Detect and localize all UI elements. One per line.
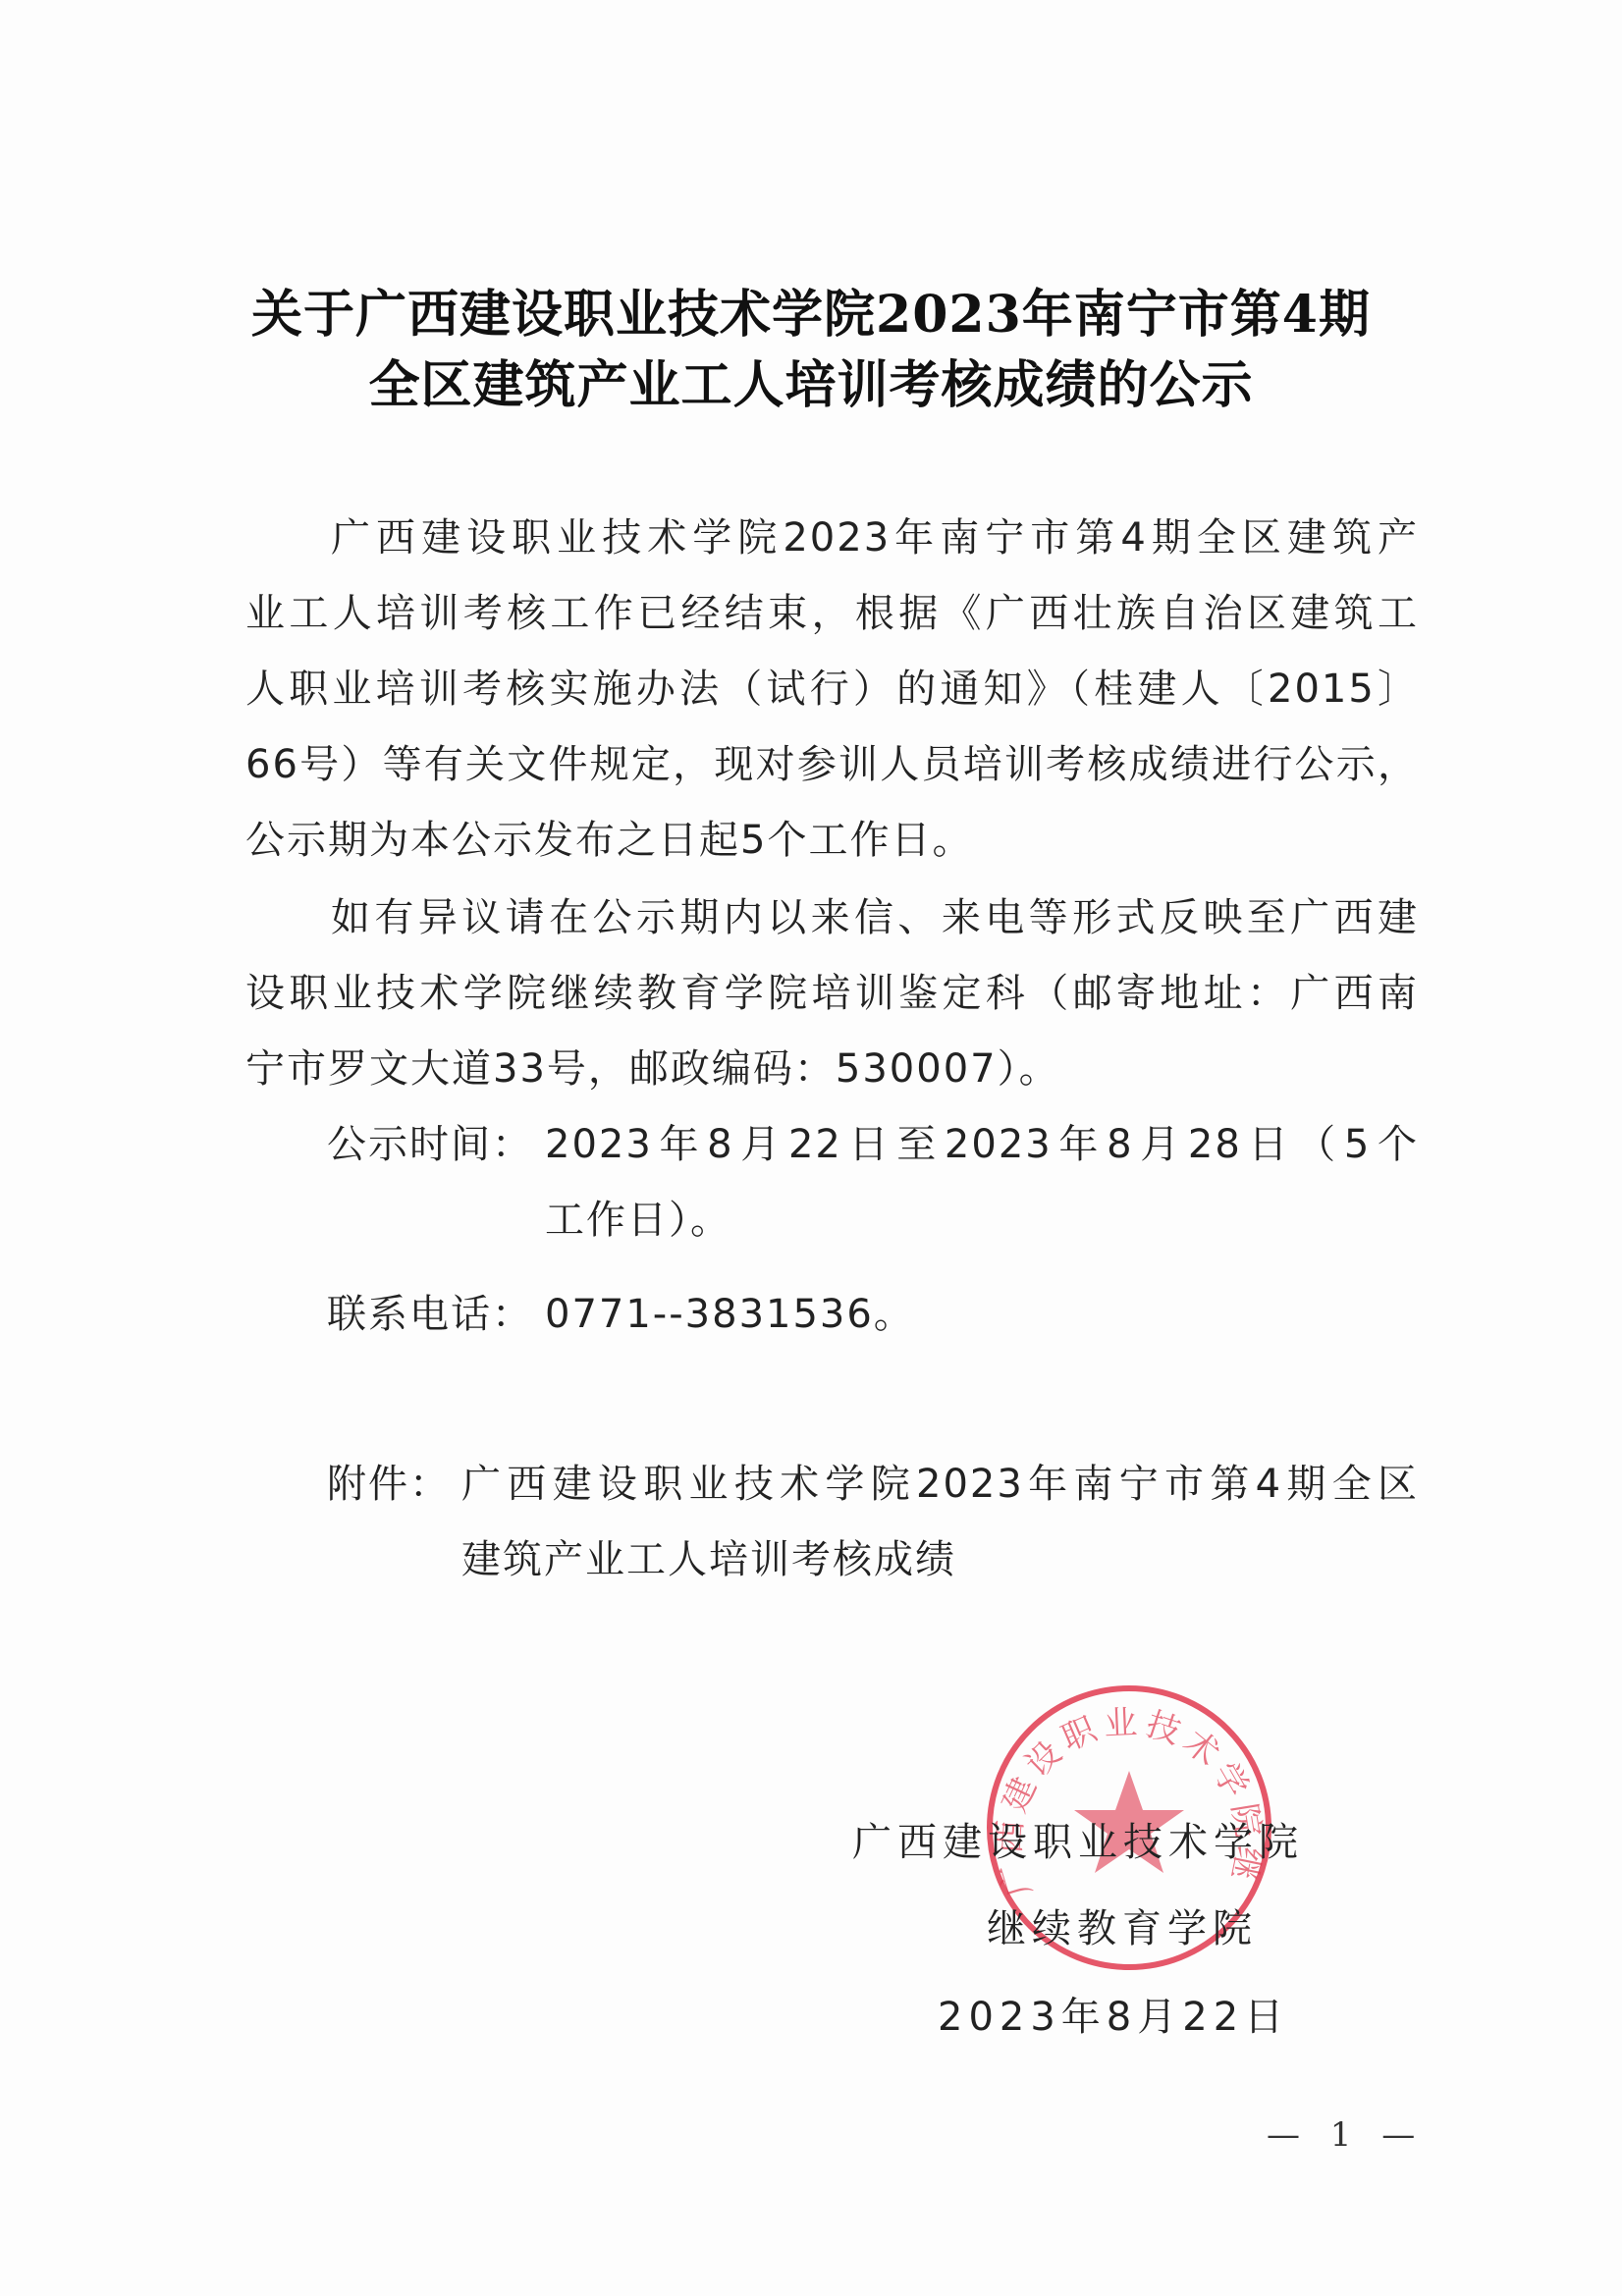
paragraph-line: 66号）等有关文件规定，现对参训人员培训考核成绩进行公示， xyxy=(245,740,1419,789)
attachment-title: 广西建设职业技术学院2023年南宁市第4期全区 xyxy=(461,1460,1419,1509)
paragraph-line: 人职业培训考核实施办法（试行）的通知》（桂建人〔2015〕 xyxy=(245,665,1419,714)
attachment-label: 附件： xyxy=(327,1460,451,1509)
paragraph-line: 宁市罗文大道33号，邮政编码：530007）。 xyxy=(245,1044,1060,1094)
paragraph-line: 公示期为本公示发布之日起5个工作日。 xyxy=(245,816,973,865)
attachment-title-cont: 建筑产业工人培训考核成绩 xyxy=(461,1535,956,1584)
notice-period-label: 公示时间： xyxy=(327,1120,533,1169)
svg-text:广西建设职业技术学院继续教育学院: 广西建设职业技术学院继续教育学院 xyxy=(982,1681,1269,1901)
signature-date: 2023年8月22日 xyxy=(938,1993,1289,2042)
contact-label: 联系电话： xyxy=(327,1290,533,1339)
notice-period-value-cont: 工作日）。 xyxy=(545,1196,731,1245)
document-title-line-2: 全区建筑产业工人培训考核成绩的公示 xyxy=(147,347,1475,424)
signature-department: 继续教育学院 xyxy=(987,1904,1258,1953)
paragraph-line: 广西建设职业技术学院2023年南宁市第4期全区建筑产 xyxy=(331,513,1419,562)
page-number: — 1 — xyxy=(1267,2115,1425,2155)
paragraph-line: 业工人培训考核工作已经结束，根据《广西壮族自治区建筑工 xyxy=(245,589,1419,638)
document-page: 关于广西建设职业技术学院2023年南宁市第4期 全区建筑产业工人培训考核成绩的公… xyxy=(0,0,1622,2296)
document-title-line-1: 关于广西建设职业技术学院2023年南宁市第4期 xyxy=(147,277,1475,353)
paragraph-line: 设职业技术学院继续教育学院培训鉴定科（邮寄地址：广西南 xyxy=(245,969,1419,1018)
contact-value: 0771--3831536。 xyxy=(545,1290,915,1339)
seal-arc-text: 广西建设职业技术学院继续教育学院 xyxy=(982,1681,1269,1901)
signature-organization: 广西建设职业技术学院 xyxy=(852,1818,1304,1867)
paragraph-line: 如有异议请在公示期内以来信、来电等形式反映至广西建 xyxy=(331,893,1419,942)
notice-period-value: 2023年8月22日至2023年8月28日（5个 xyxy=(545,1120,1419,1169)
